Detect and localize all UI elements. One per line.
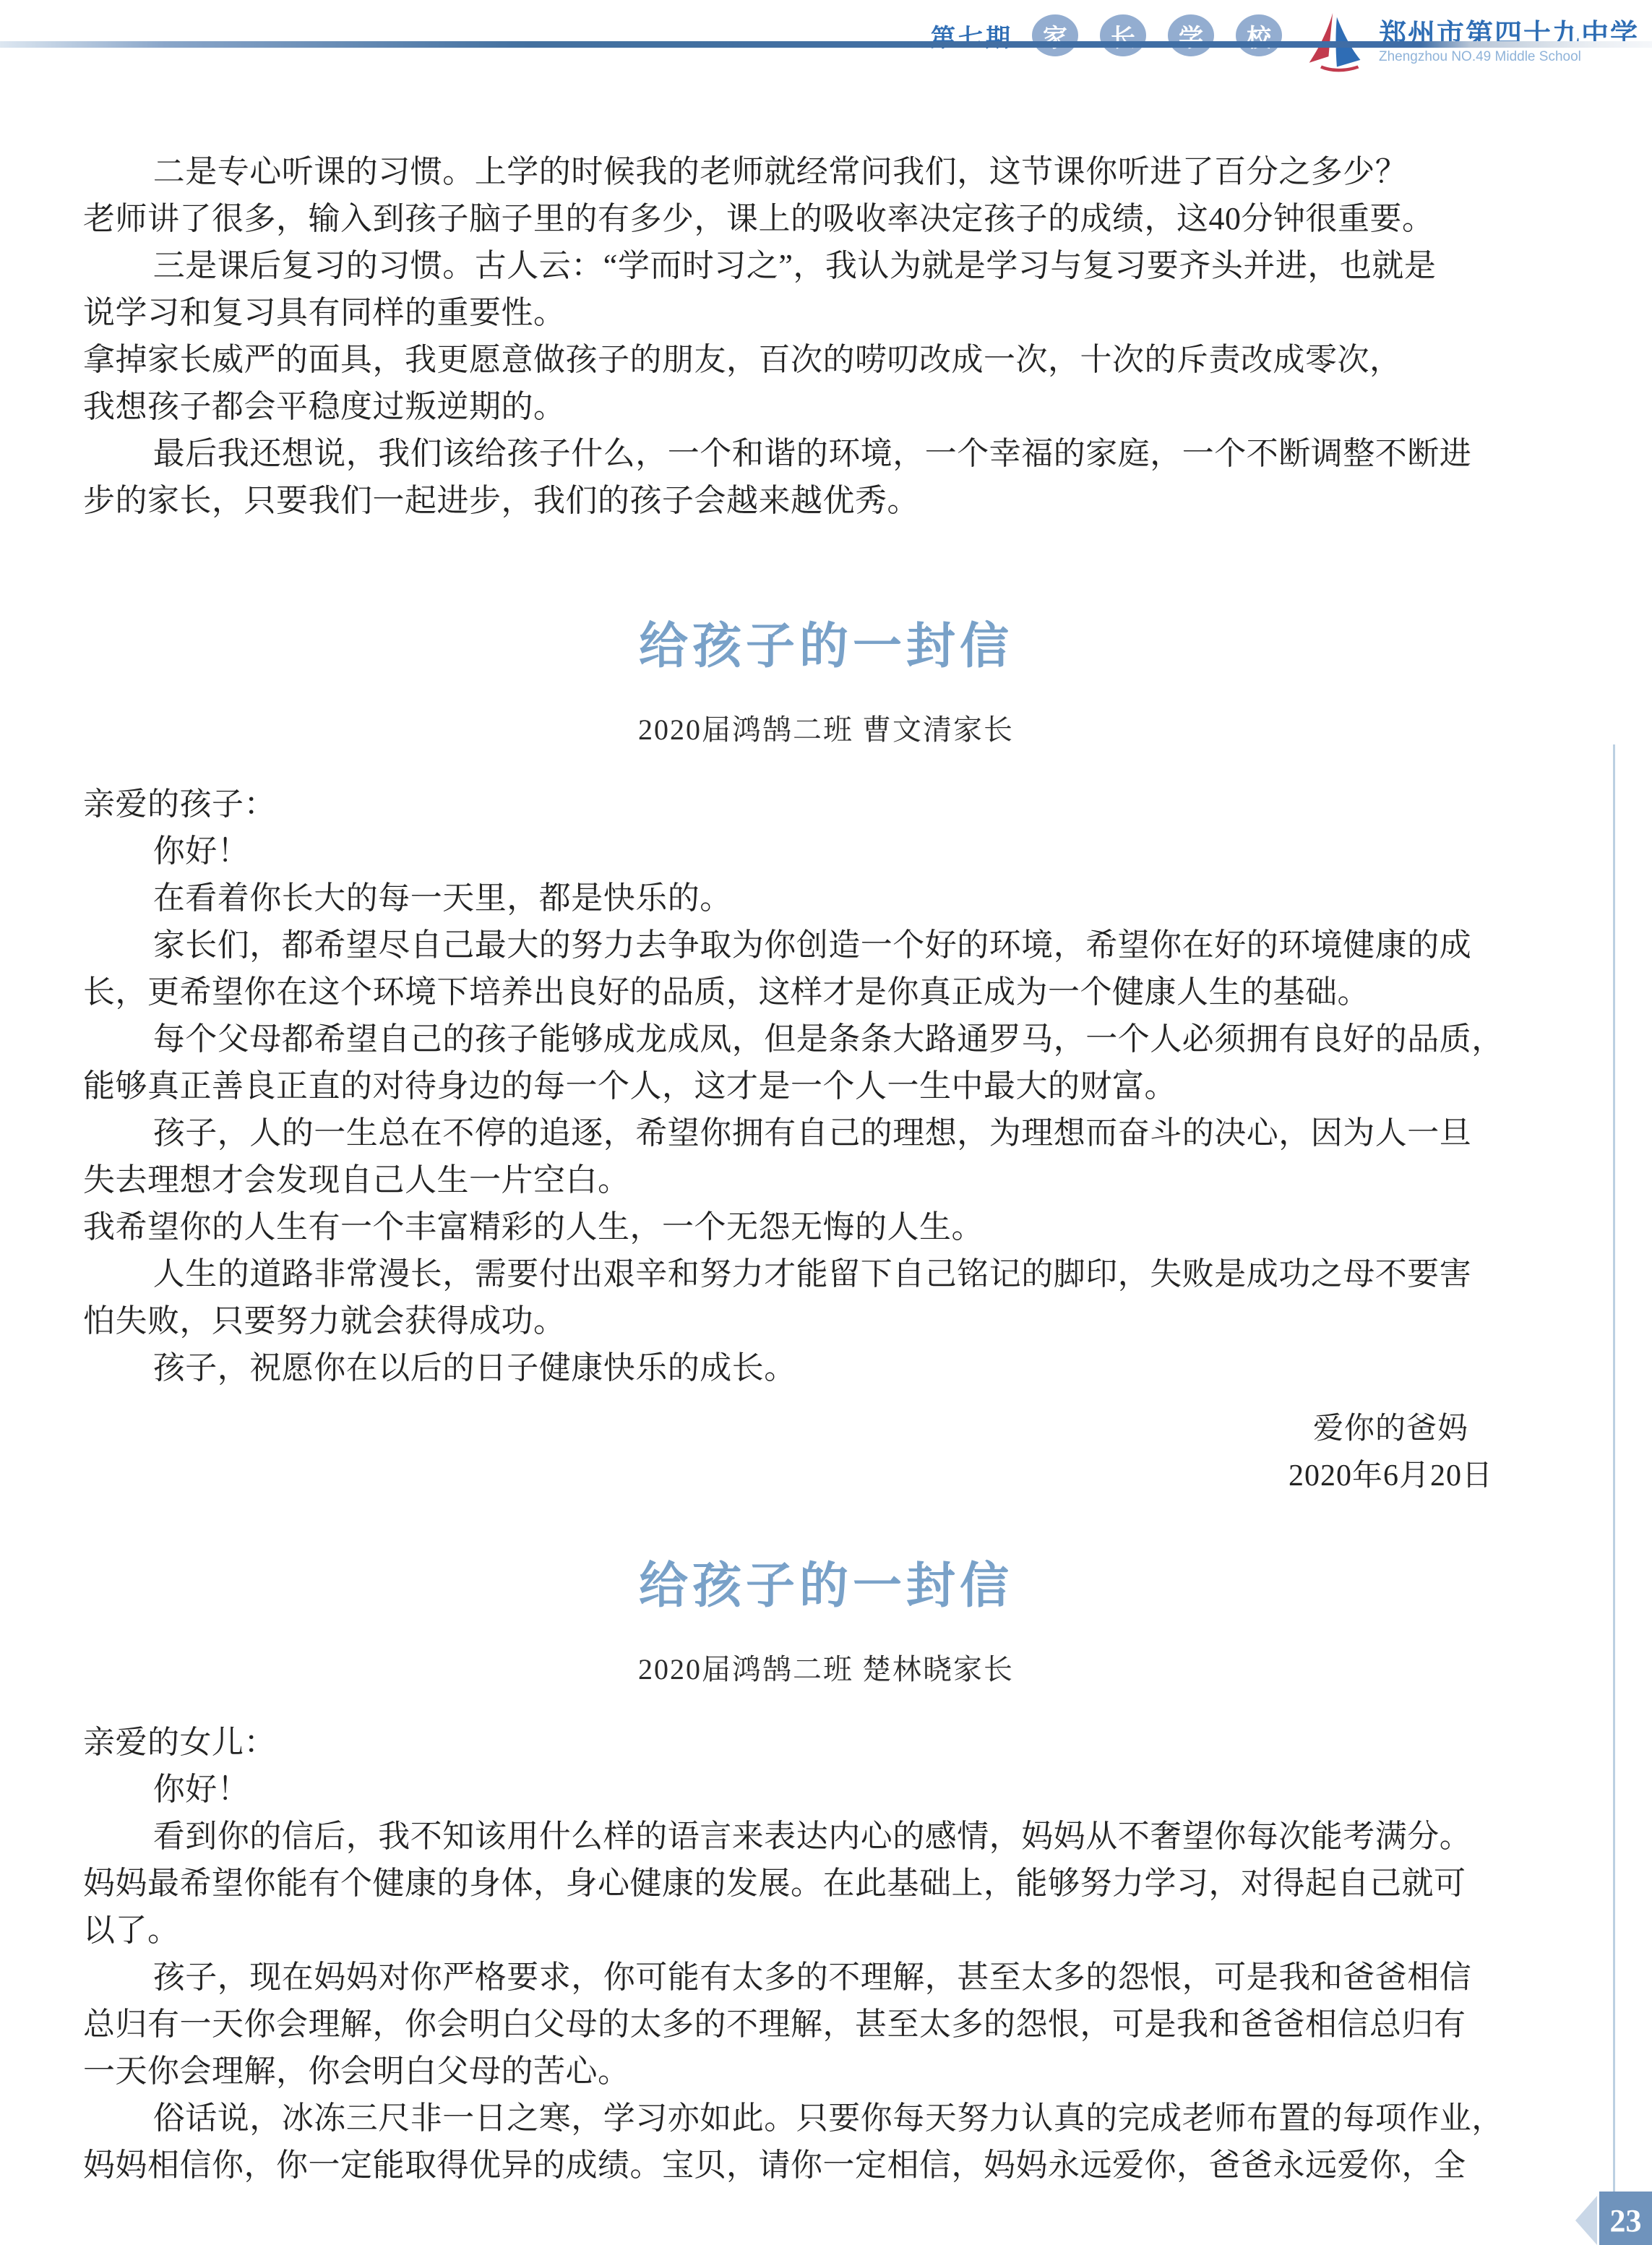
letter1-byline: 2020届鸿鹄二班 曹文清家长 <box>0 707 1652 748</box>
text-line: 我希望你的人生有一个丰富精彩的人生，一个无怨无悔的人生。 <box>83 1203 1570 1250</box>
letter1-body: 亲爱的孩子： 你好！ 在看着你长大的每一天里，都是快乐的。 家长们，都希望尽自己… <box>83 781 1570 1391</box>
text-line: 一天你会理解，你会明白父母的苦心。 <box>83 2048 1570 2095</box>
text-line: 长，更希望你在这个环境下培养出良好的品质，这样才是你真正成为一个健康人生的基础。 <box>83 969 1570 1016</box>
text-line: 说学习和复习具有同样的重要性。 <box>83 289 1570 336</box>
text-line: 妈妈最希望你能有个健康的身体，身心健康的发展。在此基础上，能够努力学习，对得起自… <box>83 1860 1570 1907</box>
text-line: 最后我还想说，我们该给孩子什么，一个和谐的环境，一个幸福的家庭，一个不断调整不断… <box>83 430 1570 477</box>
badge-arrow-icon <box>1575 2196 1597 2245</box>
text-line: 步的家长，只要我们一起进步，我们的孩子会越来越优秀。 <box>83 477 1570 524</box>
issue-label: 第七期 <box>931 18 1013 53</box>
letter2-body: 亲爱的女儿： 你好！ 看到你的信后，我不知该用什么样的语言来表达内心的感情，妈妈… <box>83 1719 1570 2189</box>
signature-date: 2020年6月20日 <box>915 1453 1493 1500</box>
text-line: 看到你的信后，我不知该用什么样的语言来表达内心的感情，妈妈从不奢望你每次能考满分… <box>83 1813 1570 1860</box>
text-line: 每个父母都希望自己的孩子能够成龙成凤，但是条条大路通罗马，一个人必须拥有良好的品… <box>83 1016 1570 1063</box>
text-line: 家长们，都希望尽自己最大的努力去争取为你创造一个好的环境，希望你在好的环境健康的… <box>83 922 1570 969</box>
page-header: 第七期 家 长 学 校 郑州市第四十九中学 Zhengzhou NO.49 Mi… <box>0 0 1652 51</box>
text-line: 能够真正善良正直的对待身边的每一个人，这才是一个人一生中最大的财富。 <box>83 1063 1570 1109</box>
letter2-byline: 2020届鸿鹄二班 楚林晓家长 <box>0 1647 1652 1688</box>
text-line: 怕失败，只要努力就会获得成功。 <box>83 1297 1570 1344</box>
text-line: 在看着你长大的每一天里，都是快乐的。 <box>83 875 1570 922</box>
text-line: 你好！ <box>83 1766 1570 1813</box>
text-line: 孩子，现在妈妈对你严格要求，你可能有太多的不理解，甚至太多的怨恨，可是我和爸爸相… <box>83 1954 1570 2001</box>
letter1-signature: 爱你的爸妈 2020年6月20日 <box>915 1406 1493 1500</box>
text-line: 二是专心听课的习惯。上学的时候我的老师就经常问我们，这节课你听进了百分之多少？ <box>83 148 1570 195</box>
badge-xiao: 校 <box>1236 14 1282 56</box>
text-line: 妈妈相信你，你一定能取得优异的成绩。宝贝，请你一定相信，妈妈永远爱你，爸爸永远爱… <box>83 2142 1570 2189</box>
badge-jia: 家 <box>1032 14 1078 56</box>
magazine-page: 第七期 家 长 学 校 郑州市第四十九中学 Zhengzhou NO.49 Mi… <box>0 0 1652 2245</box>
text-line: 亲爱的孩子： <box>83 781 1570 828</box>
page-number-badge: 23 <box>1575 2192 1652 2245</box>
badge-zhang: 长 <box>1100 14 1146 56</box>
school-name-en: Zhengzhou NO.49 Middle School <box>1379 50 1639 64</box>
text-line: 老师讲了很多，输入到孩子脑子里的有多少，课上的吸收率决定孩子的成绩，这40分钟很… <box>83 195 1570 242</box>
page-number: 23 <box>1599 2192 1652 2245</box>
text-line: 孩子，祝愿你在以后的日子健康快乐的成长。 <box>83 1344 1570 1391</box>
text-line: 我想孩子都会平稳度过叛逆期的。 <box>83 383 1570 430</box>
header-divider <box>0 41 1652 48</box>
intro-paragraphs: 二是专心听课的习惯。上学的时候我的老师就经常问我们，这节课你听进了百分之多少？ … <box>83 148 1570 524</box>
text-line: 亲爱的女儿： <box>83 1719 1570 1766</box>
letter2-title: 给孩子的一封信 <box>0 1547 1652 1617</box>
text-line: 俗话说，冰冻三尺非一日之寒，学习亦如此。只要你每天努力认真的完成老师布置的每项作… <box>83 2095 1570 2142</box>
text-line: 拿掉家长威严的面具，我更愿意做孩子的朋友，百次的唠叨改成一次，十次的斥责改成零次… <box>83 336 1570 383</box>
text-line: 孩子，人的一生总在不停的追逐，希望你拥有自己的理想，为理想而奋斗的决心，因为人一… <box>83 1109 1570 1156</box>
text-line: 你好！ <box>83 828 1570 875</box>
text-line: 三是课后复习的习惯。古人云：“学而时习之”，我认为就是学习与复习要齐头并进，也就… <box>83 242 1570 289</box>
signature-name: 爱你的爸妈 <box>915 1406 1493 1453</box>
badge-xue: 学 <box>1168 14 1214 56</box>
letter1-title: 给孩子的一封信 <box>0 607 1652 677</box>
text-line: 失去理想才会发现自己人生一片空白。 <box>83 1156 1570 1203</box>
text-line: 以了。 <box>83 1907 1570 1954</box>
right-margin-rule <box>1613 744 1615 2194</box>
text-line: 人生的道路非常漫长，需要付出艰辛和努力才能留下自己铭记的脚印，失败是成功之母不要… <box>83 1250 1570 1297</box>
masthead-badges: 家 长 学 校 <box>1032 14 1282 56</box>
text-line: 总归有一天你会理解，你会明白父母的太多的不理解，甚至太多的怨恨，可是我和爸爸相信… <box>83 2001 1570 2048</box>
